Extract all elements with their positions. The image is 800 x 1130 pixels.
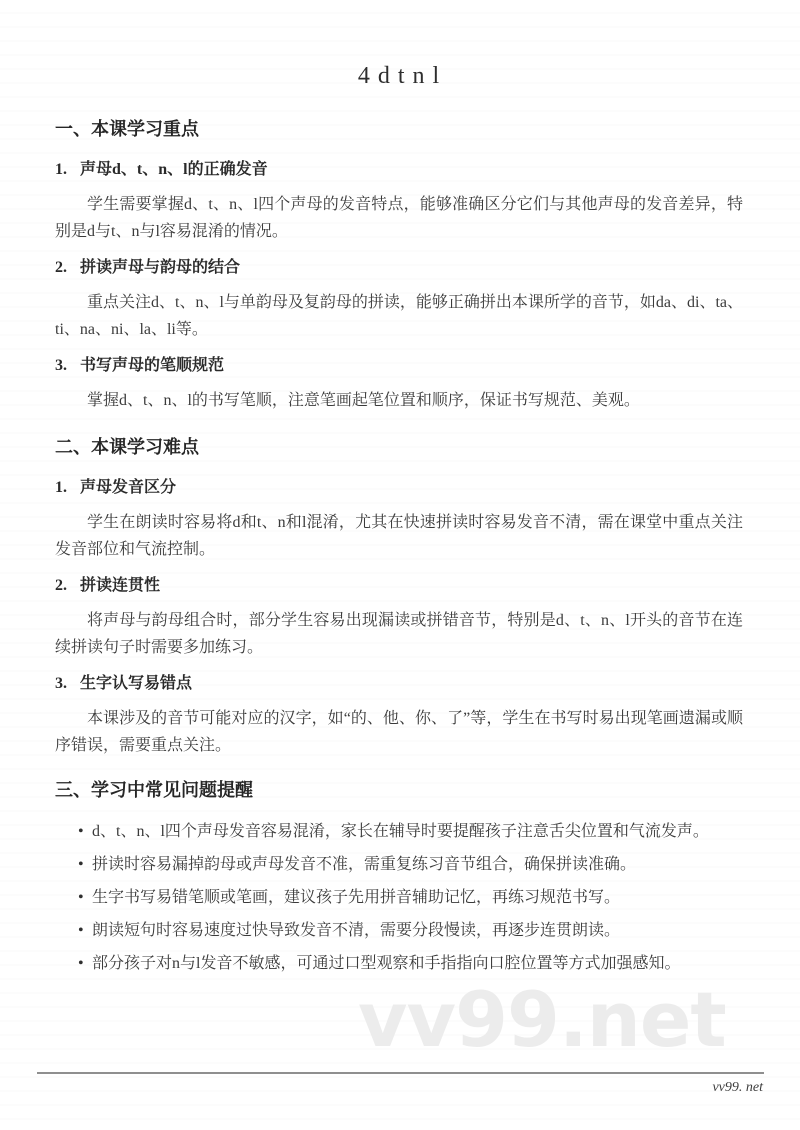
item-number: 1.	[55, 479, 67, 496]
bullet-item: 部分孩子对n与l发音不敏感，可通过口型观察和手指指向口腔位置等方式加强感知。	[55, 950, 743, 977]
item-body: 学生需要掌握d、t、n、l四个声母的发音特点，能够准确区分它们与其他声母的发音差…	[55, 191, 743, 245]
item-body: 学生在朗读时容易将d和t、n和l混淆，尤其在快速拼读时容易发音不清，需在课堂中重…	[55, 509, 743, 563]
item-body: 掌握d、t、n、l的书写笔顺，注意笔画起笔位置和顺序，保证书写规范、美观。	[55, 387, 743, 414]
section-heading: 二、本课学习难点	[55, 436, 743, 458]
item-title: 拼读声母与韵母的结合	[80, 259, 240, 276]
bullet-text: 生字书写易错笔顺或笔画，建议孩子先用拼音辅助记忆，再练习规范书写。	[92, 889, 620, 906]
item-body: 本课涉及的音节可能对应的汉字，如“的、他、你、了”等，学生在书写时易出现笔画遗漏…	[55, 705, 743, 759]
section-reminders: 三、学习中常见问题提醒 d、t、n、l四个声母发音容易混淆，家长在辅导时要提醒孩…	[55, 779, 743, 977]
section-heading: 一、本课学习重点	[55, 118, 743, 140]
item-number: 2.	[55, 577, 67, 594]
item-heading: 1.声母发音区分	[55, 478, 743, 498]
section-item: 3.书写声母的笔顺规范 掌握d、t、n、l的书写笔顺，注意笔画起笔位置和顺序，保…	[55, 356, 743, 414]
section-item: 1.声母发音区分 学生在朗读时容易将d和t、n和l混淆，尤其在快速拼读时容易发音…	[55, 478, 743, 563]
section-heading: 三、学习中常见问题提醒	[55, 779, 743, 801]
item-number: 1.	[55, 161, 67, 178]
section-difficulties: 二、本课学习难点 1.声母发音区分 学生在朗读时容易将d和t、n和l混淆，尤其在…	[55, 436, 743, 759]
bullet-item: 朗读短句时容易速度过快导致发音不清，需要分段慢读，再逐步连贯朗读。	[55, 917, 743, 944]
bullet-text: 朗读短句时容易速度过快导致发音不清，需要分段慢读，再逐步连贯朗读。	[92, 922, 620, 939]
item-title: 声母d、t、n、l的正确发音	[80, 161, 268, 178]
item-title: 生字认写易错点	[80, 675, 192, 692]
item-number: 2.	[55, 259, 67, 276]
footer-divider	[37, 1072, 764, 1074]
item-body: 重点关注d、t、n、l与单韵母及复韵母的拼读，能够正确拼出本课所学的音节，如da…	[55, 289, 743, 343]
bullet-text: d、t、n、l四个声母发音容易混淆，家长在辅导时要提醒孩子注意舌尖位置和气流发声…	[92, 823, 709, 840]
section-item: 1.声母d、t、n、l的正确发音 学生需要掌握d、t、n、l四个声母的发音特点，…	[55, 160, 743, 245]
bullet-item: 生字书写易错笔顺或笔画，建议孩子先用拼音辅助记忆，再练习规范书写。	[55, 884, 743, 911]
item-heading: 3.生字认写易错点	[55, 674, 743, 694]
watermark: vv99.net	[358, 982, 726, 1058]
item-title: 书写声母的笔顺规范	[80, 357, 224, 374]
item-heading: 2.拼读连贯性	[55, 576, 743, 596]
item-body: 将声母与韵母组合时，部分学生容易出现漏读或拼错音节，特别是d、t、n、l开头的音…	[55, 607, 743, 661]
document-page: vv99.net 4 d t n l 一、本课学习重点 1.声母d、t、n、l的…	[0, 0, 800, 1130]
item-title: 拼读连贯性	[80, 577, 160, 594]
item-number: 3.	[55, 357, 67, 374]
item-heading: 2.拼读声母与韵母的结合	[55, 258, 743, 278]
page-title: 4 d t n l	[55, 60, 743, 92]
section-key-points: 一、本课学习重点 1.声母d、t、n、l的正确发音 学生需要掌握d、t、n、l四…	[55, 118, 743, 414]
bullet-item: 拼读时容易漏掉韵母或声母发音不准，需重复练习音节组合，确保拼读准确。	[55, 851, 743, 878]
item-title: 声母发音区分	[80, 479, 176, 496]
item-number: 3.	[55, 675, 67, 692]
item-heading: 3.书写声母的笔顺规范	[55, 356, 743, 376]
bullet-text: 拼读时容易漏掉韵母或声母发音不准，需重复练习音节组合，确保拼读准确。	[92, 856, 636, 873]
reminder-bullet-list: d、t、n、l四个声母发音容易混淆，家长在辅导时要提醒孩子注意舌尖位置和气流发声…	[55, 818, 743, 977]
bullet-text: 部分孩子对n与l发音不敏感，可通过口型观察和手指指向口腔位置等方式加强感知。	[92, 955, 680, 972]
footer-site-text: vv99. net	[712, 1079, 763, 1097]
document-content: 4 d t n l 一、本课学习重点 1.声母d、t、n、l的正确发音 学生需要…	[0, 60, 800, 977]
section-item: 2.拼读声母与韵母的结合 重点关注d、t、n、l与单韵母及复韵母的拼读，能够正确…	[55, 258, 743, 343]
section-item: 2.拼读连贯性 将声母与韵母组合时，部分学生容易出现漏读或拼错音节，特别是d、t…	[55, 576, 743, 661]
bullet-item: d、t、n、l四个声母发音容易混淆，家长在辅导时要提醒孩子注意舌尖位置和气流发声…	[55, 818, 743, 845]
item-heading: 1.声母d、t、n、l的正确发音	[55, 160, 743, 180]
section-item: 3.生字认写易错点 本课涉及的音节可能对应的汉字，如“的、他、你、了”等，学生在…	[55, 674, 743, 759]
